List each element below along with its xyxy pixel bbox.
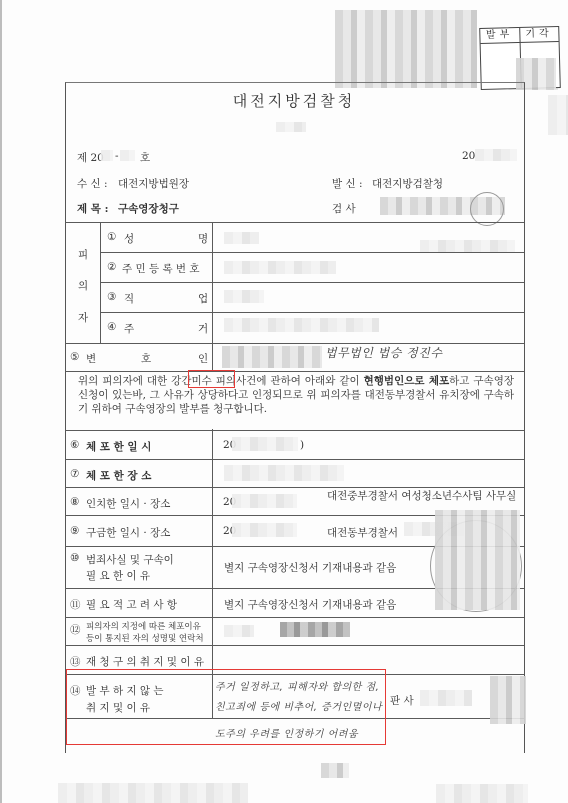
arrest-place-label: 체 포 한 장 소 (86, 468, 151, 483)
redacted-block (420, 240, 515, 252)
redacted-block (222, 346, 322, 368)
notified-person-label: 피의자의 지정에 따른 체포이유 (86, 620, 201, 632)
label-col-divider (212, 343, 213, 371)
lawyer-handwritten: 법무법인 법승 정진수 (325, 344, 442, 361)
row-num: ⑤ (70, 351, 79, 363)
row-label-job-end: 업 (198, 291, 208, 306)
suspect-group-label-1: 피 (78, 247, 88, 262)
considerations-label: 필 요 적 고 려 사 항 (86, 597, 177, 612)
redacted-block (232, 494, 297, 508)
redacted-block (224, 318, 379, 332)
redacted-block (490, 676, 526, 724)
redacted-block (224, 625, 254, 637)
reclaim-label: 재 청 구 의 취 지 및 이 유 (86, 654, 204, 669)
row-num: ③ (107, 291, 116, 303)
considerations-value: 별지 구속영장신청서 기재내용과 같음 (224, 597, 396, 612)
row-divider (100, 252, 524, 253)
lawyer-label-end: 인 (198, 351, 208, 366)
row-divider (65, 645, 524, 646)
subject-label: 제 목 : (77, 201, 108, 216)
statement-text: 위의 피의자에 대한 (78, 375, 171, 387)
subject-value: 구속영장청구 (118, 201, 179, 216)
stamp-reject-label: 기각 (519, 27, 559, 42)
recipient-label: 수 신 : (77, 176, 108, 191)
agency-title: 대전지방검찰청 (65, 90, 523, 111)
redacted-block (58, 783, 248, 803)
row-divider (65, 487, 524, 488)
stamp-issue-label: 발부 (480, 28, 519, 43)
redacted-block (436, 784, 528, 803)
reason-label-2: 필 요 한 이 유 (86, 568, 150, 583)
reason-label: 범죄사실 및 구속이 (86, 552, 174, 567)
detention-place: 대전동부경찰서 (327, 525, 398, 540)
not-issued-highlight-box (66, 669, 386, 745)
row-num: ⑬ (70, 654, 81, 669)
detention-label: 구금한 일시 · 장소 (86, 525, 170, 540)
row-num: ⑥ (70, 439, 79, 451)
redacted-block (276, 122, 306, 132)
lawyer-label-mid: 호 (141, 351, 151, 366)
redacted-block (120, 150, 135, 161)
sender-label: 발 신 : (332, 176, 363, 191)
doc-date-prefix: 20 (462, 150, 475, 162)
arrest-datetime-suffix: ) (300, 439, 304, 451)
row-num: ① (107, 231, 116, 243)
doc-number-suffix: 호 (140, 150, 150, 165)
redacted-block (224, 465, 344, 481)
row-label-job: 직 (124, 291, 134, 306)
row-label-name-end: 명 (198, 231, 208, 246)
suspect-group-label-2: 의 (78, 278, 88, 293)
suspect-group-label-3: 자 (78, 310, 88, 325)
row-divider (65, 371, 524, 372)
notified-person-label-2: 등이 통지된 자의 성명및 연락처 (86, 632, 204, 644)
lawyer-label: 변 (86, 351, 96, 366)
row-num: ⑧ (70, 496, 79, 508)
redacted-block (335, 10, 477, 88)
transfer-label: 인치한 일시 · 장소 (86, 496, 170, 511)
recipient-value: 대전지방법원장 (118, 176, 189, 191)
row-num: ⑦ (70, 468, 79, 480)
transfer-place: 대전중부경찰서 여성청소년수사팀 사무실 (327, 490, 519, 503)
redacted-block (232, 437, 298, 451)
prosecutor-label: 검 사 (332, 201, 356, 216)
row-label-rrn: 주 민 등 록 번 호 (122, 261, 200, 276)
row-num: ⑩ (70, 552, 79, 564)
doc-number-dash: - (115, 150, 119, 162)
row-divider (100, 282, 524, 283)
redacted-block (548, 95, 568, 135)
row-divider (100, 312, 524, 313)
row-divider (65, 430, 524, 431)
reason-value: 별지 구속영장신청서 기재내용과 같음 (224, 560, 396, 575)
sender-value: 대전지방검찰청 (372, 176, 443, 191)
row-num: ⑫ (70, 622, 81, 637)
redacted-block (224, 261, 336, 274)
row-label-address: 주 (124, 321, 134, 336)
page-edge (0, 0, 2, 803)
redacted-block (420, 690, 472, 706)
table-top-border (65, 222, 524, 223)
row-divider (65, 343, 524, 344)
doc-number-prefix: 제 20 (77, 150, 104, 165)
redacted-block (475, 149, 517, 161)
row-divider (65, 617, 524, 618)
row-label-name: 성 (124, 231, 134, 246)
row-num: ④ (107, 321, 116, 333)
redacted-block (321, 763, 349, 778)
row-num: ⑨ (70, 525, 79, 537)
judge-label: 판 사 (390, 693, 414, 708)
redacted-block (280, 622, 350, 637)
request-statement: 위의 피의자에 대한 강간미수 피의사건에 관하여 아래와 같이 현행범인으로 … (78, 374, 514, 416)
statement-emphasis: 현행범인으로 체포 (364, 375, 449, 387)
crime-highlight-box (188, 370, 235, 388)
arrest-datetime-label: 체 포 한 일 시 (86, 439, 151, 454)
redacted-block (224, 290, 264, 303)
redacted-block (224, 232, 259, 244)
row-num: ⑪ (70, 597, 81, 612)
prosecutor-seal (470, 192, 504, 226)
row-num: ② (107, 261, 116, 273)
redacted-block (232, 523, 297, 537)
redacted-block (435, 510, 520, 610)
row-divider (65, 459, 524, 460)
row-label-address-end: 거 (198, 321, 208, 336)
redacted-block (101, 150, 113, 161)
